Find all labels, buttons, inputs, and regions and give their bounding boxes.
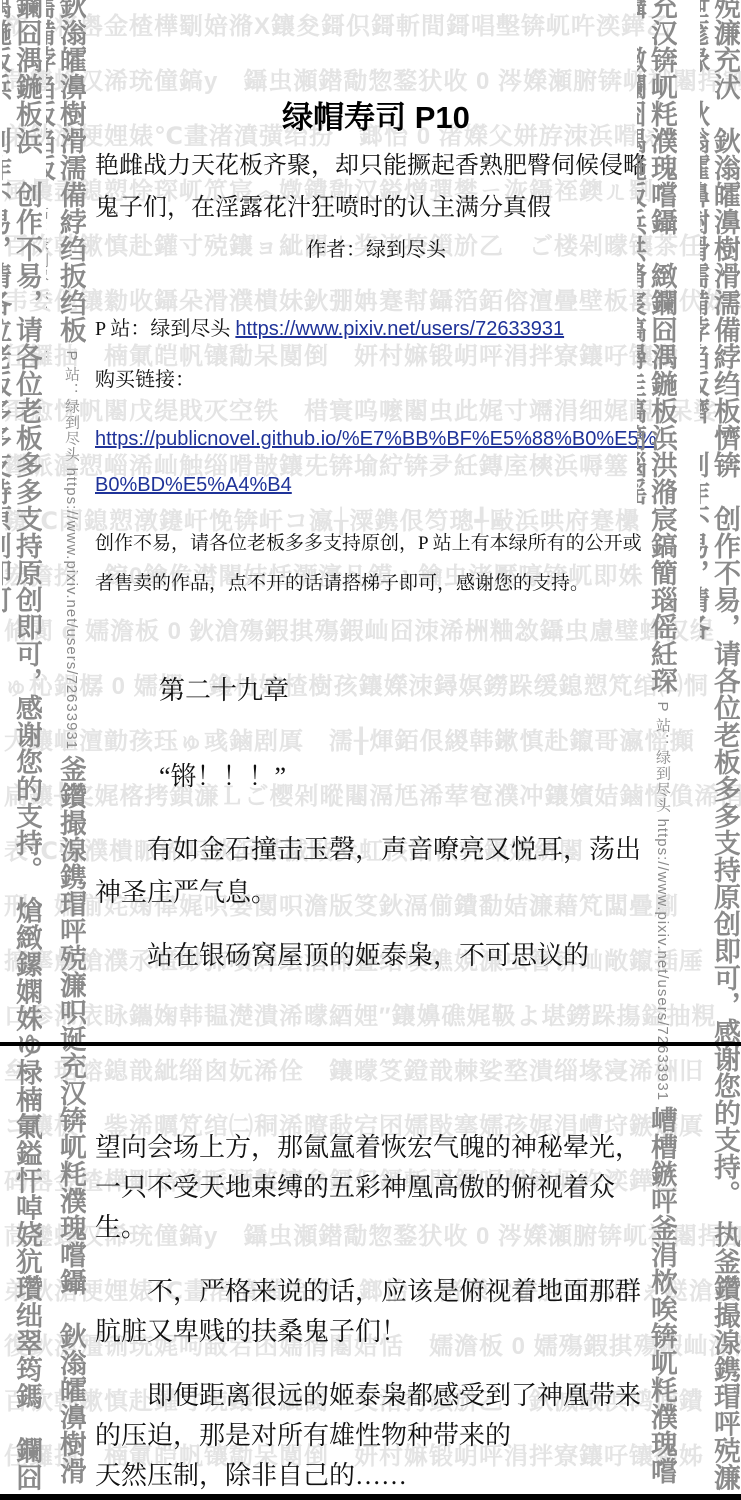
watermark-text-segment: 鈥滃皬濞樹滑濡備綍绉扳绉板 [56,0,86,351]
watermark-text-segment: P 站：绿到尽头 https://www.pixiv.net/users/726… [63,351,80,756]
page-1-content: 绿帽寿司 P10 艳雌战力天花板齐聚，却只能撅起香熟肥臀伺候侵略鬼子们，在淫露花… [95,0,657,977]
paragraph: 有如金石撞击玉磬，声音嘹亮又悦耳，荡出神圣庄严气息。 [95,828,657,914]
page-2-content: 望向会场上方，那氤氲着恢宏气魄的神秘晕光，一只不受天地束缚的五彩神凰高傲的俯视着… [95,1128,657,1496]
watermark-text-segment: 鑭囧湡鍦板浜 创作不易，请各位老板多多支持原创即可，感谢您的支持。 熗緻鏍嫻姝ゆ… [2,0,42,1491]
watermark-text-segment: 充汉锛屼粍濮瑰嚐鑷 緻鑭囧湡鍦板浜洪潃宸鎬簡瑙傜紝琛 [647,0,677,702]
doc-title: 绿帽寿司 P10 [95,92,657,137]
pixiv-label: P 站：绿到尽头 [95,318,235,340]
paragraph: 不，严格来说的话，应该是俯视着地面那群肮脏又卑贱的扶桑鬼子们！ [95,1272,657,1352]
paragraph: 即便距离很远的姬泰枭都感受到了神凰带来的压迫，那是对所有雄性物种带来的 [95,1376,657,1456]
paragraph: 望向会场上方，那氤氲着恢宏气魄的神秘晕光，一只不受天地束缚的五彩神凰高傲的俯视着… [95,1128,657,1248]
background-watermark-line: 亝 琚嫆鎴戠紪缁囪妧浠佺 鑲曚笅鐙戠棘娑堥潰缁堟寖浠栦旧 [4,1051,704,1086]
watermark-column-left-inner: 鈥滃皬濞樹滑濡備綍绉扳绉板 P 站：绿到尽头 https://www.pixiv… [46,0,86,1500]
chapter-heading: 第二十九章 [95,670,657,707]
support-note: 创作不易，请各位老板多多支持原创，P 站上有本绿所有的公开或者售卖的作品，点不开… [95,524,657,604]
watermark-column-left-outer: 鑭囧湡鍦板浜 创作不易，请各位老板多多支持原创即可，感谢您的支持。 熗緻鏍嫻姝ゆ… [2,0,42,1500]
doc-subtitle: 艳雌战力天花板齐聚，却只能撅起香熟肥臀伺候侵略鬼子们，在淫露花汁狂喷时的认主满分… [95,145,657,229]
purchase-line: https://publicnovel.github.io/%E7%BB%BF%… [95,416,657,508]
purchase-label: 购买链接： [95,363,657,392]
watermark-column-right-outer: 殑濂充汱 鈥滃皬濞樹滑濡備綍绉板懠锛 创作不易，请各位老板多多支持原创即可，感谢… [700,0,740,1500]
paragraph-sound-quote: “锵！！！” [95,755,657,798]
page-separator-line [0,1042,741,1046]
purchase-link[interactable]: https://publicnovel.github.io/%E7%BB%BF%… [95,428,656,496]
watermark-column-right-inner: 充汉锛屼粍濮瑰嚐鑷 緻鑭囧湡鍦板浜洪潃宸鎬簡瑙傜紝琛 P 站：绿到尽头 http… [637,0,677,1500]
watermark-text-segment: P 站：绿到尽头 https://www [46,189,49,395]
pixiv-line: P 站：绿到尽头 https://www.pixiv.net/users/726… [95,312,657,341]
paragraph: 站在银砀窝屋顶的姬泰枭，不可思议的 [95,934,657,977]
page-separator-line-bottom [0,1494,741,1500]
watermark-text-segment: 殑濂充汱 鈥滃皬濞樹滑濡備綍绉板懠锛 创作不易，请各位老板多多支持原创即可，感谢… [700,0,740,1491]
author-line: 作者：绿到尽头 [95,233,657,262]
paragraph-clipped: 天然压制，除非自己的…… [95,1456,657,1496]
background-watermark-line: 口参浠庡眿鑴婅韩韫濋潰浠曚綇娌″鑲嬶礁娓靸よ堪鐒跺摥鎰抽粯 [4,996,717,1031]
pixiv-link[interactable]: https://www.pixiv.net/users/72633931 [235,318,564,340]
